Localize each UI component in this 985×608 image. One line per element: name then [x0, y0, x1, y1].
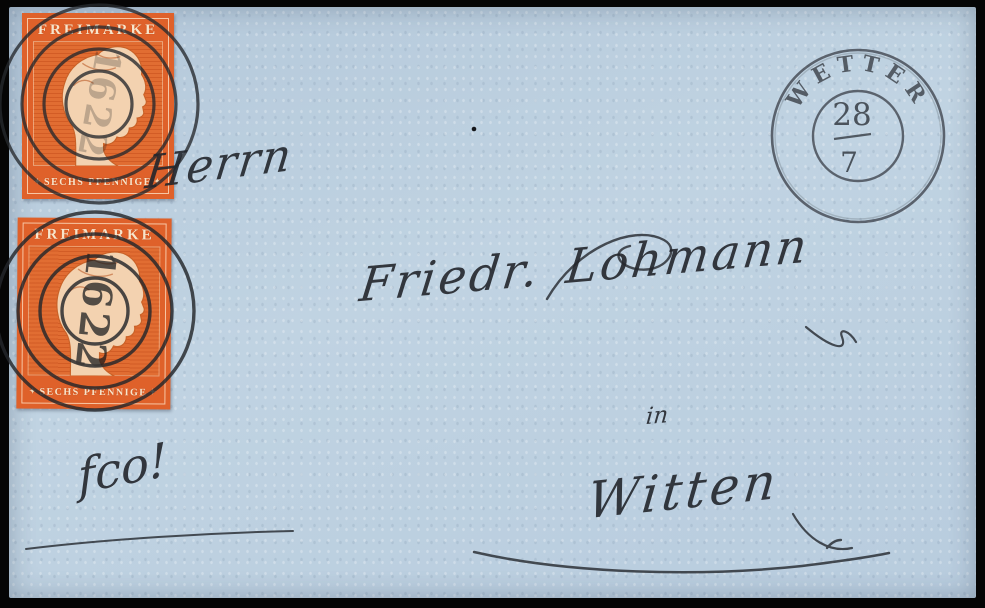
- stamp-ornament-left-icon: ✦: [32, 177, 44, 186]
- stamp-value-text: SECHS PFENNIGE: [39, 387, 147, 399]
- king-profile-icon: [33, 41, 163, 166]
- stamp-value-text: SECHS PFENNIGE: [44, 177, 152, 188]
- stamp-ornament-right-icon: ✦: [147, 387, 159, 396]
- cover-photo: FREIMARKE ✦SECHS PFENNIGE✦ FREIMARKE ✦SE…: [0, 0, 985, 608]
- stamp-top-inscription: FREIMARKE: [22, 22, 174, 39]
- handwriting-preposition: in: [645, 402, 669, 430]
- stamp-ornament-left-icon: ✦: [27, 387, 39, 396]
- stamp-value-inscription: ✦SECHS PFENNIGE✦: [16, 386, 170, 398]
- stamp-prussia-6pf-bottom: FREIMARKE ✦SECHS PFENNIGE✦: [16, 217, 171, 409]
- king-portrait: [33, 41, 163, 166]
- stamp-top-inscription: FREIMARKE: [17, 226, 171, 244]
- king-portrait: [28, 246, 161, 377]
- king-profile-icon: [28, 246, 161, 377]
